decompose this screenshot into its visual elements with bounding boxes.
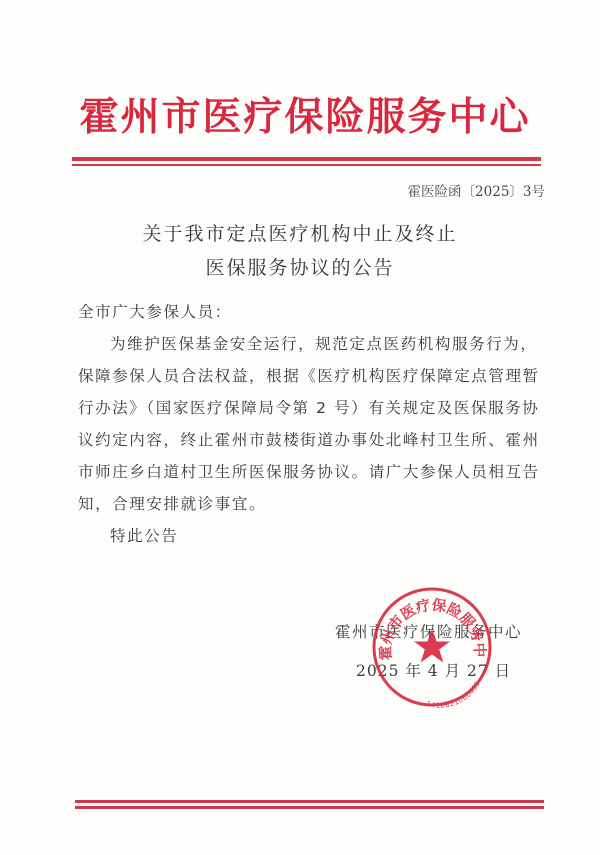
masthead-title: 霍州市医疗保险服务中心 bbox=[70, 92, 540, 142]
notice-title-line-2: 医保服务协议的公告 bbox=[60, 253, 540, 280]
star-icon bbox=[414, 629, 450, 663]
body-line: 知，合理安排就诊事宜。 bbox=[78, 494, 548, 514]
seal-code: 1410821066465 bbox=[425, 679, 482, 709]
footer-rule-thin bbox=[75, 806, 544, 809]
footer-rule-thick bbox=[75, 800, 544, 803]
notice-title-line-1: 关于我市定点医疗机构中止及终止 bbox=[60, 219, 540, 246]
salutation: 全市广大参保人员： bbox=[78, 302, 548, 322]
header-rule-thin bbox=[72, 164, 541, 166]
official-seal: 霍州市医疗保险服务中心 1410821066465 bbox=[370, 585, 494, 709]
body-line: 市师庄乡白道村卫生所医保服务协议。请广大参保人员相互告 bbox=[78, 462, 548, 482]
body-line: 议约定内容，终止霍州市鼓楼街道办事处北峰村卫生所、霍州 bbox=[78, 430, 548, 450]
header-rule-thick bbox=[72, 157, 541, 161]
closing-text: 特此公告 bbox=[110, 526, 580, 546]
document-number: 霍医险函〔2025〕3号 bbox=[345, 180, 545, 200]
body-line: 为维护医保基金安全运行，规范定点医药机构服务行为， bbox=[110, 334, 580, 354]
svg-text:1410821066465: 1410821066465 bbox=[425, 679, 482, 709]
body-line: 行办法》（国家医疗保障局令第 2 号）有关规定及医保服务协 bbox=[78, 398, 548, 418]
body-line: 保障参保人员合法权益，根据《医疗机构医疗保障定点管理暂 bbox=[78, 366, 548, 386]
